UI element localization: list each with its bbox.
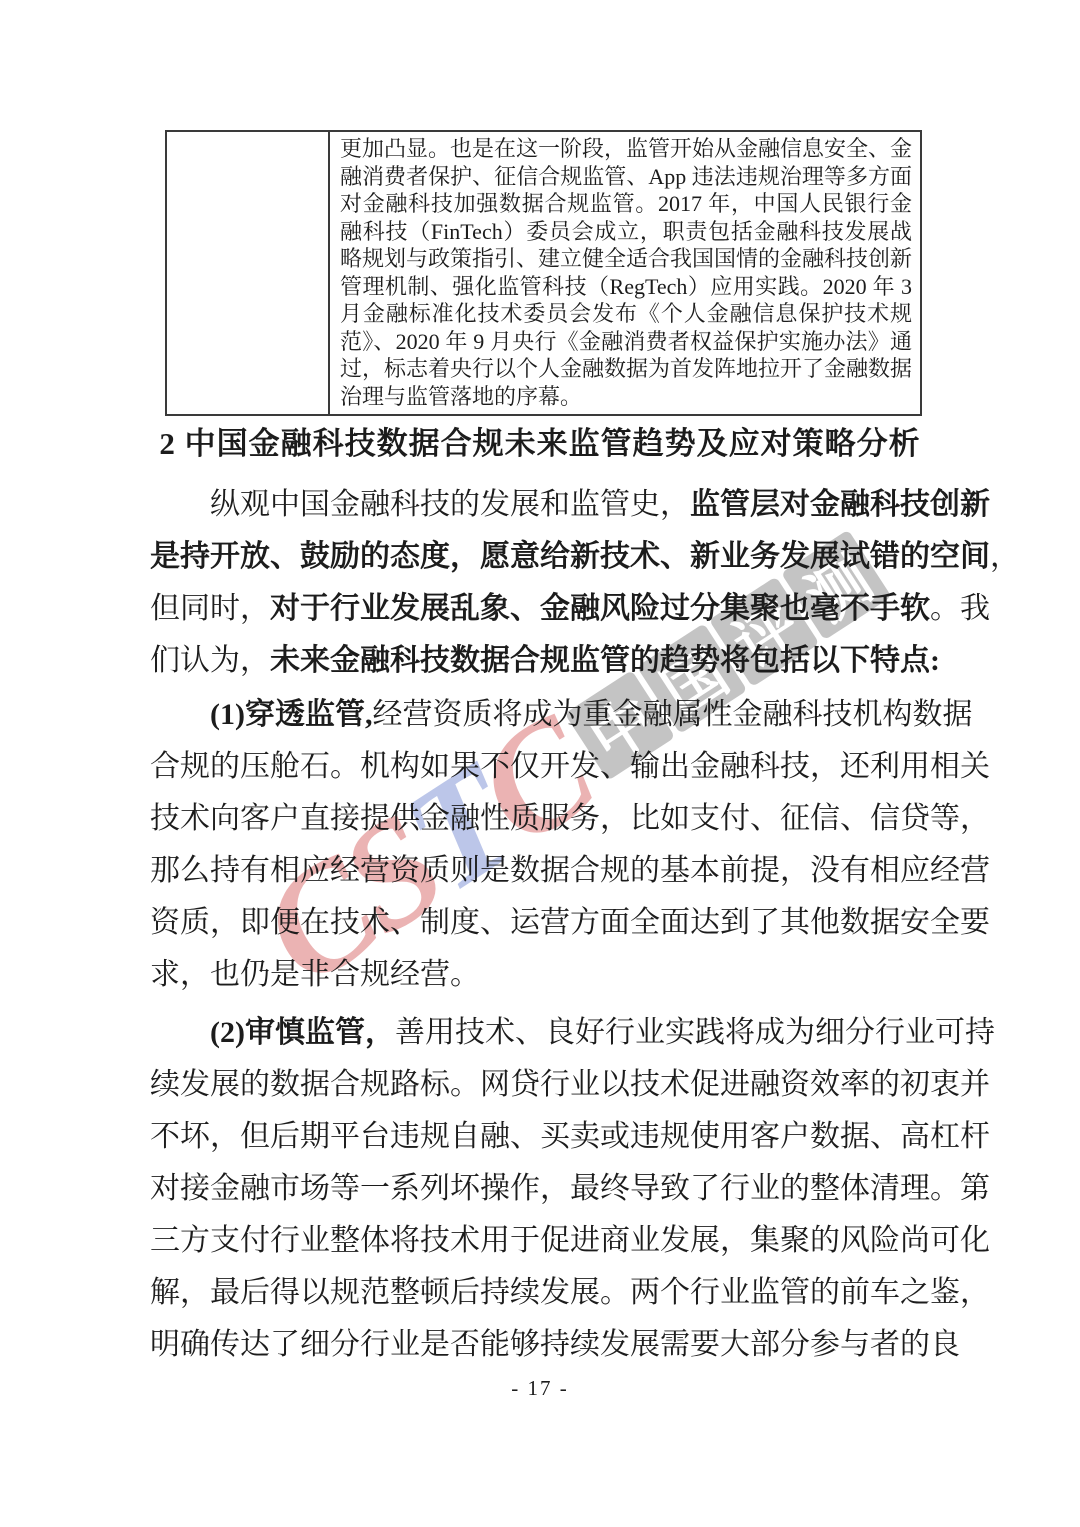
paragraph: (1)穿透监管,经营资质将成为重金融属性金融科技机构数据合规的压舱石。机构如果不… <box>150 689 930 1001</box>
paragraph: 纵观中国金融科技的发展和监管史，监管层对金融科技创新是持开放、鼓励的态度，愿意给… <box>150 479 930 687</box>
text-segment: 三方支付行业整体将技术用于促进商业发展，集聚的风险尚可化 <box>150 1224 990 1257</box>
body-text-line: 那么持有相应经营资质则是数据合规的基本前提，没有相应经营 <box>150 845 930 897</box>
text-segment: 技术向客户直接提供金融性质服务，比如支付、征信、信贷等， <box>150 802 990 835</box>
body-text-line: 对接金融市场等一系列坏操作，最终导致了行业的整体清理。第 <box>150 1163 930 1215</box>
body-text-line: 是持开放、鼓励的态度，愿意给新技术、新业务发展试错的空间， <box>150 531 930 583</box>
body-text-line: 技术向客户直接提供金融性质服务，比如支付、征信、信贷等， <box>150 793 930 845</box>
body-text-line: 求，也仍是非合规经营。 <box>150 949 930 1001</box>
text-segment: 善用技术、良好行业实践将成为细分行业可持 <box>395 1016 995 1049</box>
table-text-line: 管理机制、强化监管科技（RegTech）应用实践。2020 年 3 <box>340 273 912 301</box>
document-page: CSTC 中国评测 更加凸显。也是在这一阶段，监管开始从金融信息安全、金融消费者… <box>0 0 1080 1527</box>
body-text-line: (1)穿透监管,经营资质将成为重金融属性金融科技机构数据 <box>150 689 930 741</box>
text-segment: 对接金融市场等一系列坏操作，最终导致了行业的整体清理。第 <box>150 1172 990 1205</box>
body-text-line: 不坏，但后期平台违规自融、买卖或违规使用客户数据、高杠杆 <box>150 1111 930 1163</box>
table-text-line: 治理与监管落地的序幕。 <box>340 383 912 411</box>
text-segment: 经营资质将成为重金融属性金融科技机构数据 <box>372 698 972 731</box>
table-text-line: 对金融科技加强数据合规监管。2017 年，中国人民银行金 <box>340 190 912 218</box>
text-segment: (2)审慎监管， <box>210 1016 395 1049</box>
table-text-line: 融消费者保护、征信合规监管、App 违法违规治理等多方面 <box>340 163 912 191</box>
text-segment: 未来金融科技数据合规监管的趋势将包括以下特点: <box>270 644 940 677</box>
body-text-line: 们认为，未来金融科技数据合规监管的趋势将包括以下特点: <box>150 635 930 687</box>
text-segment: 那么持有相应经营资质则是数据合规的基本前提，没有相应经营 <box>150 854 990 887</box>
text-segment: 但同时， <box>150 592 270 625</box>
fintech-regulation-table: 更加凸显。也是在这一阶段，监管开始从金融信息安全、金融消费者保护、征信合规监管、… <box>165 130 922 416</box>
body-text-line: 合规的压舱石。机构如果不仅开发、输出金融科技，还利用相关 <box>150 741 930 793</box>
table-cell-regulation-text: 更加凸显。也是在这一阶段，监管开始从金融信息安全、金融消费者保护、征信合规监管、… <box>330 132 920 414</box>
paragraph: (2)审慎监管，善用技术、良好行业实践将成为细分行业可持续发展的数据合规路标。网… <box>150 1007 930 1371</box>
text-segment: 是持开放、鼓励的态度，愿意给新技术、新业务发展试错的空间 <box>150 540 990 573</box>
body-text-line: 资质，即便在技术、制度、运营方面全面达到了其他数据安全要 <box>150 897 930 949</box>
text-segment: 明确传达了细分行业是否能够持续发展需要大部分参与者的良 <box>150 1328 960 1361</box>
page-number: - 17 - <box>0 1376 1080 1401</box>
text-segment: 纵观中国金融科技的发展和监管史， <box>210 488 690 521</box>
text-segment: ， <box>990 540 1020 573</box>
text-segment: 解，最后得以规范整顿后持续发展。两个行业监管的前车之鉴， <box>150 1276 990 1309</box>
body-text-line: 纵观中国金融科技的发展和监管史，监管层对金融科技创新 <box>150 479 930 531</box>
table-text-line: 月金融标准化技术委员会发布《个人金融信息保护技术规 <box>340 300 912 328</box>
body-text-line: 续发展的数据合规路标。网贷行业以技术促进融资效率的初衷并 <box>150 1059 930 1111</box>
text-segment: 对于行业发展乱象、金融风险过分集聚也毫不手软 <box>270 592 930 625</box>
section-heading: 2 中国金融科技数据合规未来监管趋势及应对策略分析 <box>0 418 1080 463</box>
body-text-line: 解，最后得以规范整顿后持续发展。两个行业监管的前车之鉴， <box>150 1267 930 1319</box>
table-cell-left-empty <box>167 132 330 414</box>
text-segment: 资质，即便在技术、制度、运营方面全面达到了其他数据安全要 <box>150 906 990 939</box>
table-text-line: 融科技（FinTech）委员会成立，职责包括金融科技发展战 <box>340 218 912 246</box>
body-text-line: 但同时，对于行业发展乱象、金融风险过分集聚也毫不手软。我 <box>150 583 930 635</box>
body-text-line: (2)审慎监管，善用技术、良好行业实践将成为细分行业可持 <box>150 1007 930 1059</box>
text-segment: (1)穿透监管, <box>210 698 372 731</box>
table-text-line: 略规划与政策指引、建立健全适合我国国情的金融科技创新 <box>340 245 912 273</box>
table-text-line: 过，标志着央行以个人金融数据为首发阵地拉开了金融数据 <box>340 355 912 383</box>
text-segment: 们认为， <box>150 644 270 677</box>
body-text-line: 明确传达了细分行业是否能够持续发展需要大部分参与者的良 <box>150 1319 930 1371</box>
text-segment: 合规的压舱石。机构如果不仅开发、输出金融科技，还利用相关 <box>150 750 990 783</box>
table-text-line: 更加凸显。也是在这一阶段，监管开始从金融信息安全、金 <box>340 135 912 163</box>
text-segment: 求，也仍是非合规经营。 <box>150 958 480 991</box>
text-segment: 。我 <box>930 592 990 625</box>
text-segment: 续发展的数据合规路标。网贷行业以技术促进融资效率的初衷并 <box>150 1068 990 1101</box>
body-text-line: 三方支付行业整体将技术用于促进商业发展，集聚的风险尚可化 <box>150 1215 930 1267</box>
text-segment: 不坏，但后期平台违规自融、买卖或违规使用客户数据、高杠杆 <box>150 1120 990 1153</box>
text-segment: 监管层对金融科技创新 <box>690 488 990 521</box>
table-text-line: 范》、2020 年 9 月央行《金融消费者权益保护实施办法》通 <box>340 328 912 356</box>
